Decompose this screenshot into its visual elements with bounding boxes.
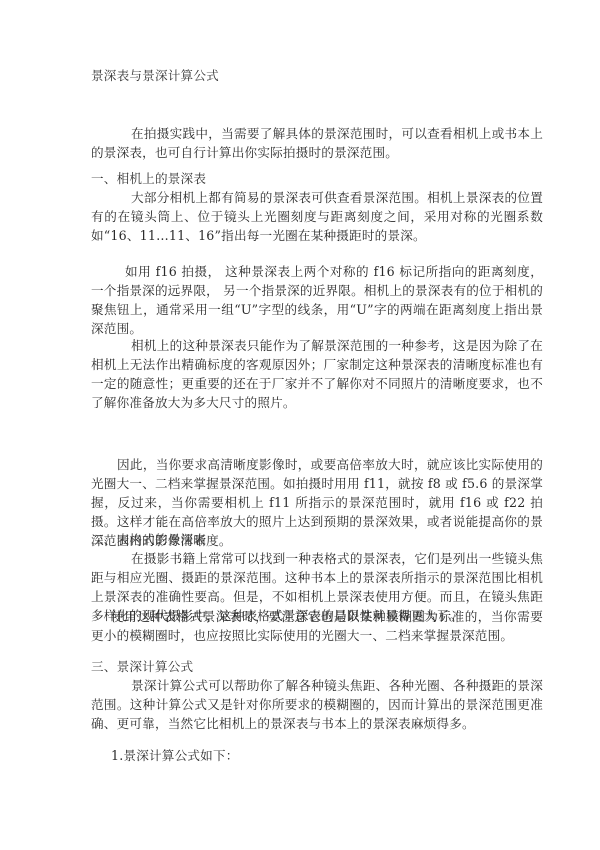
intro-paragraph: 在拍摄实践中，当需要了解具体的景深范围时，可以查看相机上或书本上的景深表，也可自… — [91, 124, 543, 162]
section-3-paragraph-1: 景深计算公式可以帮助你了解各种镜头焦距、各种光圈、各种摄距的景深范围。这种计算公… — [91, 676, 543, 733]
section-3-subheading: 1.景深计算公式如下： — [91, 746, 543, 765]
section-2-paragraph-2: 使用这种表格式景深表时，要注意它也是以某种模糊圈为标准的，当你需要更小的模糊圈时… — [91, 607, 543, 645]
section-1-heading: 一、相机上的景深表 — [91, 169, 543, 188]
section-1-paragraph-1: 大部分相机上都有简易的景深表可供查看景深范围。相机上景深表的位置有的在镜头筒上、… — [91, 188, 543, 245]
section-3-heading: 三、景深计算公式 — [91, 657, 543, 676]
section-1-paragraph-2: 如用 f16 拍摄， 这种景深表上两个对称的 f16 标记所指向的距离刻度，一个… — [91, 262, 543, 338]
document-title: 景深表与景深计算公式 — [91, 66, 543, 85]
section-2-heading: 二、表格式的景深表 — [91, 530, 543, 549]
section-1-paragraph-3: 相机上的这种景深表只能作为了解景深范围的一种参考，这是因为除了在相机上无法作出精… — [91, 336, 543, 412]
